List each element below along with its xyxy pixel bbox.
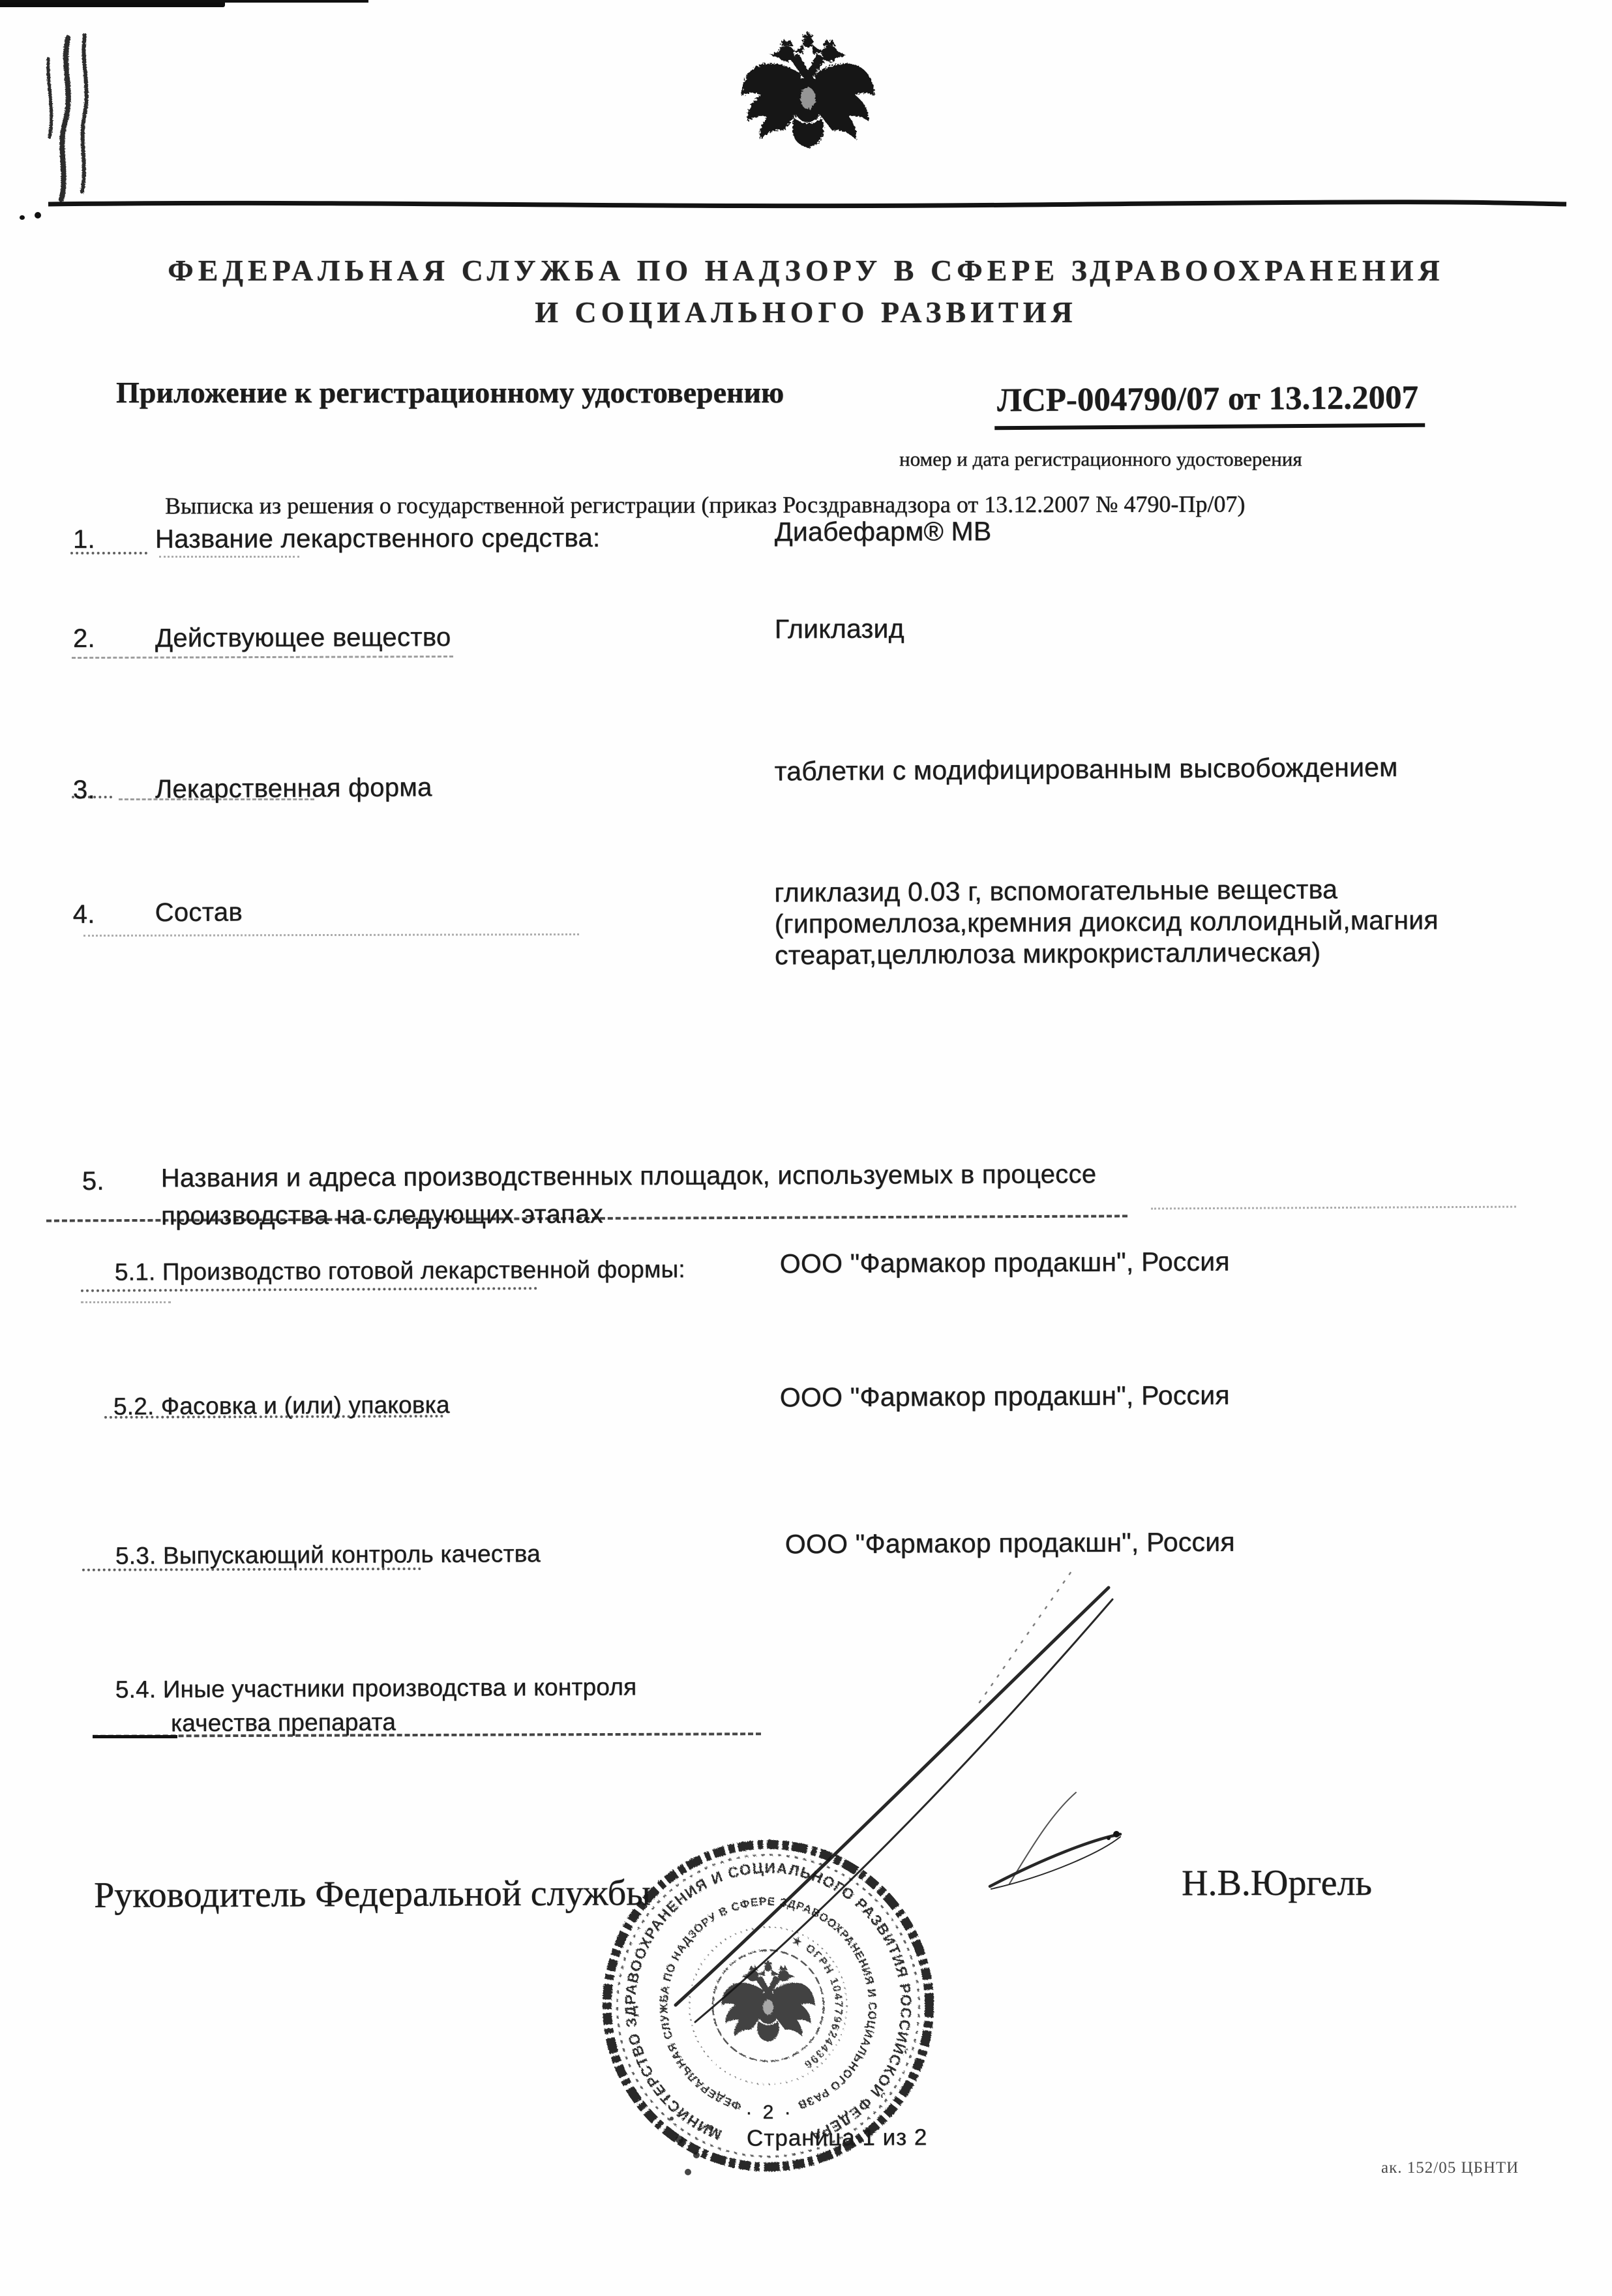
stamp-eagle-icon	[721, 1961, 814, 2042]
item-value: ООО "Фармакор продакшн", Россия	[780, 1380, 1230, 1413]
horizontal-rule	[47, 198, 1568, 212]
item-label-line: Названия и адреса производственных площа…	[161, 1160, 1097, 1193]
scan-line-artifact	[70, 552, 147, 554]
item-label: Действующее вещество	[155, 623, 451, 654]
item-value: Диабефарм® МВ	[775, 516, 992, 547]
extract-line: Выписка из решения о государственной рег…	[165, 491, 1245, 520]
item-label: 5.1. Производство готовой лекарственной …	[115, 1256, 685, 1286]
item-label-line: производства на следующих этапах	[161, 1200, 603, 1231]
item-label-line: 5.4. Иные участники производства и контр…	[115, 1674, 637, 1704]
item-value: ООО "Фармакор продакшн", Россия	[785, 1527, 1235, 1560]
registration-number-caption: номер и дата регистрационного удостовере…	[899, 447, 1302, 471]
item-label-line: качества препарата	[171, 1708, 396, 1737]
item-row-5-1: 5.1. Производство готовой лекарственной …	[0, 1245, 1612, 1325]
item-value-line: (гипромеллоза,кремния диоксид коллоидный…	[775, 905, 1439, 939]
item-label: Состав	[155, 898, 243, 928]
item-row-4: 4. Состав гликлазид 0.03 г, вспомогатель…	[0, 873, 1612, 1026]
item-number: 2.	[73, 624, 95, 654]
item-row-5: 5. Названия и адреса производственных пл…	[0, 1158, 1612, 1250]
item-row-5-4: 5.4. Иные участники производства и контр…	[0, 1669, 1612, 1762]
scan-edge-artifact	[0, 0, 368, 3]
scan-line-artifact	[159, 556, 299, 558]
item-label: Название лекарственного средства:	[155, 524, 601, 554]
agency-name-line1: ФЕДЕРАЛЬНАЯ СЛУЖБА ПО НАДЗОРУ В СФЕРЕ ЗД…	[0, 253, 1612, 288]
item-value-line: стеарат,целлюлоза микрокристаллическая)	[775, 937, 1321, 971]
item-value: Гликлазид	[775, 614, 904, 645]
item-label: 5.3. Выпускающий контроль качества	[115, 1540, 541, 1569]
signature-name: Н.В.Юргель	[1182, 1862, 1372, 1904]
item-value: ООО "Фармакор продакшн", Россия	[780, 1246, 1230, 1280]
ink-speck-artifact	[20, 215, 25, 220]
print-note: ак. 152/05 ЦБНТИ	[1381, 2159, 1519, 2177]
item-value: таблетки с модифицированным высвобождени…	[775, 752, 1398, 787]
signature-title: Руководитель Федеральной службы	[94, 1872, 651, 1916]
scan-line-artifact	[72, 796, 112, 798]
item-value-line: гликлазид 0.03 г, вспомогательные вещест…	[774, 874, 1337, 908]
page-count-caption: Страница 1 из 2	[747, 2124, 928, 2151]
agency-name-line2: И СОЦИАЛЬНОГО РАЗВИТИЯ	[0, 295, 1612, 329]
item-row-5-3: 5.3. Выпускающий контроль качества ООО "…	[0, 1525, 1612, 1605]
scan-line-artifact	[81, 1301, 171, 1303]
item-number: 4.	[72, 900, 95, 929]
item-number: 1.	[73, 525, 95, 554]
registration-number: ЛСР-004790/07 от 13.12.2007	[994, 379, 1425, 430]
item-number: 3.	[73, 776, 95, 805]
appendix-title: Приложение к регистрационному удостовере…	[116, 375, 784, 410]
scan-line-artifact	[93, 1735, 177, 1738]
item-number: 5.	[82, 1167, 104, 1196]
coat-of-arms-icon	[736, 26, 880, 177]
scan-line-artifact	[119, 798, 314, 800]
page-number: · 2 ·	[737, 2102, 802, 2124]
item-row-2: 2. Действующее вещество Гликлазид	[0, 611, 1612, 695]
scanned-document-page: ФЕДЕРАЛЬНАЯ СЛУЖБА ПО НАДЗОРУ В СФЕРЕ ЗД…	[0, 0, 1612, 2296]
